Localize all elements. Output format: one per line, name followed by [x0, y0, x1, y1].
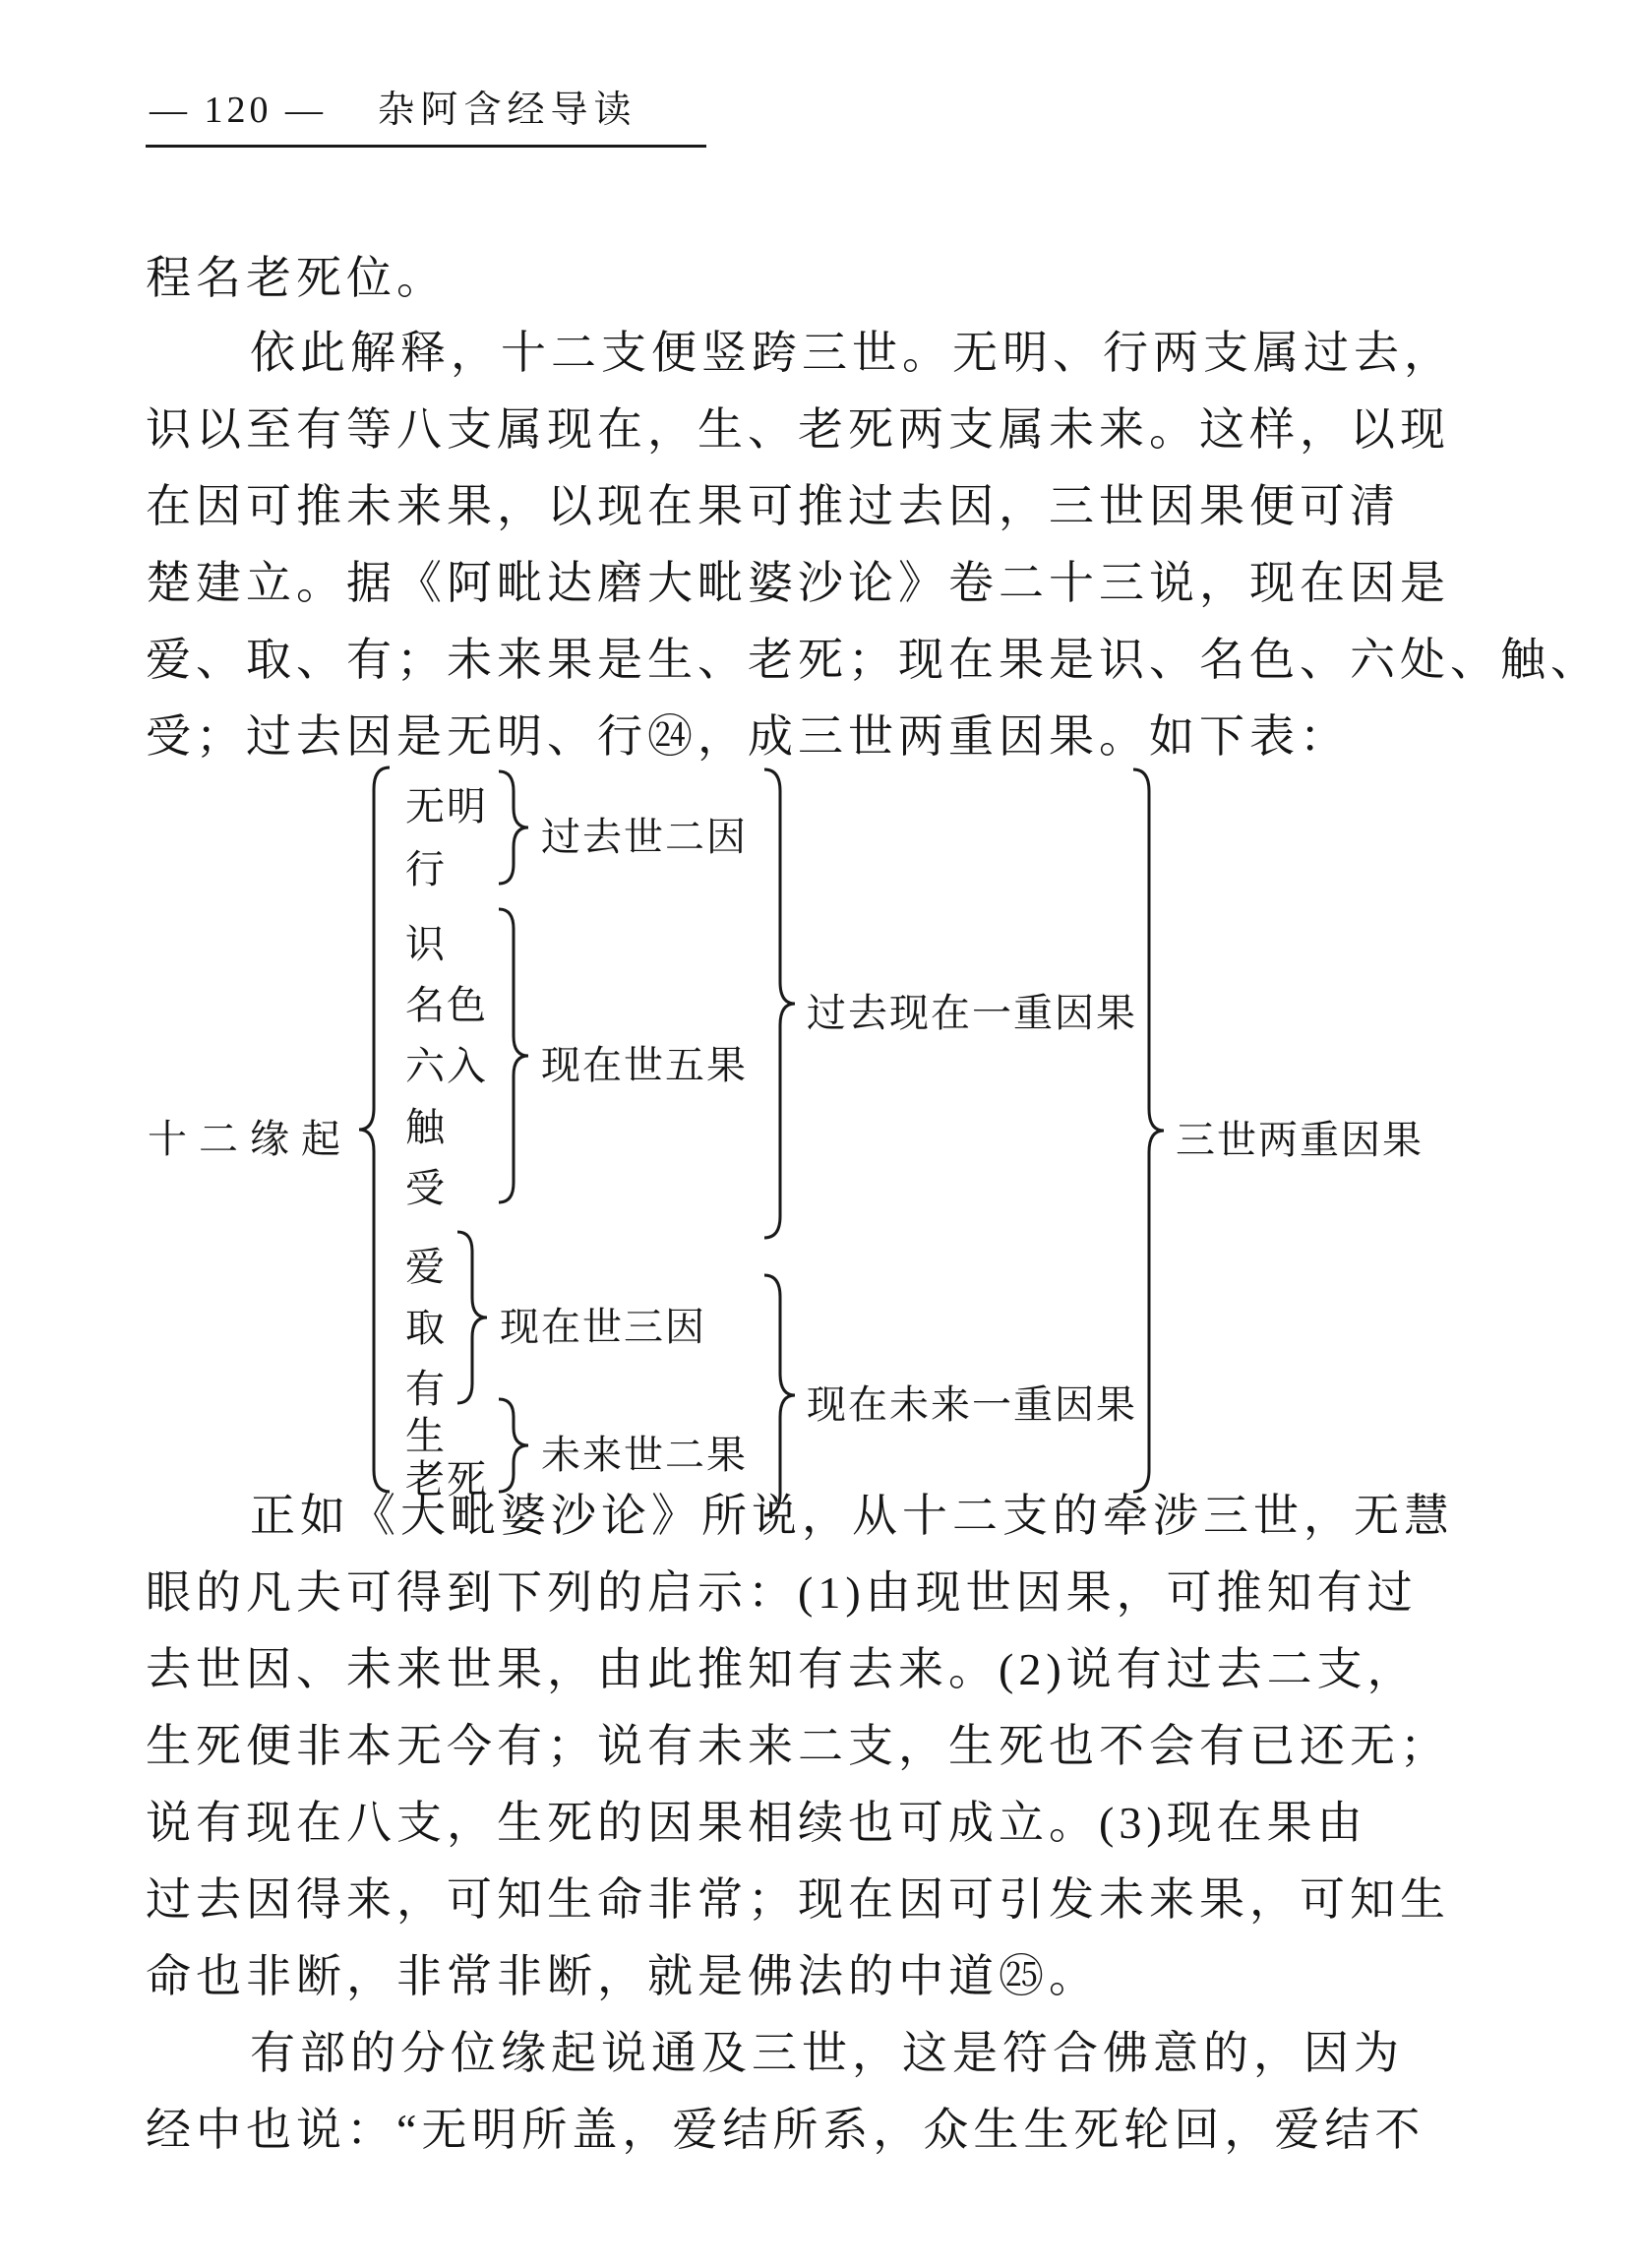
text-line: 有部的分位缘起说通及三世，这是符合佛意的，因为	[146, 2011, 1533, 2088]
text-line: 受；过去因是无明、行㉔，成三世两重因果。如下表：	[146, 695, 1533, 771]
pair-label: 现在未来一重因果	[807, 1374, 1137, 1430]
text-line: 程名老死位。	[146, 236, 1533, 313]
text-line: 正如《大毗婆沙论》所说，从十二支的牵涉三世，无慧	[146, 1474, 1533, 1551]
link-item: 六入	[405, 1035, 488, 1091]
text-line: 楚建立。据《阿毗达磨大毗婆沙论》卷二十三说，现在因是	[146, 541, 1533, 618]
book-page: — 120 — 杂阿含经导读 程名老死位。 依此解释，十二支便竖跨三世。无明、行…	[0, 0, 1637, 2268]
text-line: 去世因、未来世果，由此推知有去来。(2)说有过去二支，	[146, 1627, 1533, 1704]
group-label: 过去世二因	[541, 806, 748, 862]
text-line: 爱、取、有；未来果是生、老死；现在果是识、名色、六处、触、	[146, 618, 1533, 695]
pair-label: 过去现在一重因果	[807, 982, 1137, 1038]
paragraph-2: 依此解释，十二支便竖跨三世。无明、行两支属过去， 识以至有等八支属现在，生、老死…	[146, 311, 1533, 771]
total-brace-three-periods	[1131, 767, 1167, 1494]
link-item: 识	[405, 913, 447, 969]
paragraph-3: 正如《大毗婆沙论》所说，从十二支的牵涉三世，无慧 眼的凡夫可得到下列的启示：(1…	[146, 1474, 1533, 2011]
diagram-root-label: 十二缘起	[148, 1108, 352, 1164]
link-item: 触	[405, 1096, 447, 1152]
book-title: 杂阿含经导读	[378, 90, 637, 131]
text-line: 生死便非本无今有；说有未来二支，生死也不会有已还无；	[146, 1704, 1533, 1781]
link-item: 名色	[405, 974, 488, 1030]
page-header: — 120 — 杂阿含经导读	[146, 79, 706, 148]
text-line: 说有现在八支，生死的因果相续也可成立。(3)现在果由	[146, 1781, 1533, 1858]
link-item: 受	[405, 1157, 447, 1213]
group-label: 现在世五果	[541, 1034, 748, 1090]
paragraph-1: 程名老死位。	[146, 236, 1533, 313]
group-brace-past-two-causes	[497, 769, 530, 886]
link-item: 生	[405, 1405, 447, 1461]
link-item: 无明	[405, 775, 488, 831]
text-line: 经中也说：“无明所盖，爱结所系，众生生死轮回，爱结不	[146, 2088, 1533, 2165]
group-label: 未来世二果	[541, 1424, 748, 1480]
text-line: 命也非断，非常非断，就是佛法的中道㉕。	[146, 1934, 1533, 2011]
link-item: 行	[405, 838, 447, 894]
link-item: 有	[405, 1358, 447, 1414]
link-item: 取	[405, 1297, 447, 1353]
opening-brace	[356, 766, 392, 1494]
text-line: 依此解释，十二支便竖跨三世。无明、行两支属过去，	[146, 311, 1533, 388]
text-line: 过去因得来，可知生命非常；现在因可引发未来果，可知生	[146, 1858, 1533, 1934]
group-brace-present-three-causes	[455, 1230, 489, 1405]
text-line: 眼的凡夫可得到下列的启示：(1)由现世因果，可推知有过	[146, 1551, 1533, 1627]
total-label: 三世两重因果	[1176, 1109, 1424, 1165]
link-item: 爱	[405, 1236, 447, 1292]
group-label: 现在世三因	[500, 1296, 706, 1352]
text-line: 在因可推未来果，以现在果可推过去因，三世因果便可清	[146, 464, 1533, 541]
paragraph-4: 有部的分位缘起说通及三世，这是符合佛意的，因为 经中也说：“无明所盖，爱结所系，…	[146, 2011, 1533, 2165]
pair-brace-past-present	[762, 767, 798, 1240]
page-number: — 120 —	[150, 90, 327, 131]
group-brace-present-five-fruits	[497, 907, 530, 1204]
text-line: 识以至有等八支属现在，生、老死两支属未来。这样，以现	[146, 388, 1533, 464]
